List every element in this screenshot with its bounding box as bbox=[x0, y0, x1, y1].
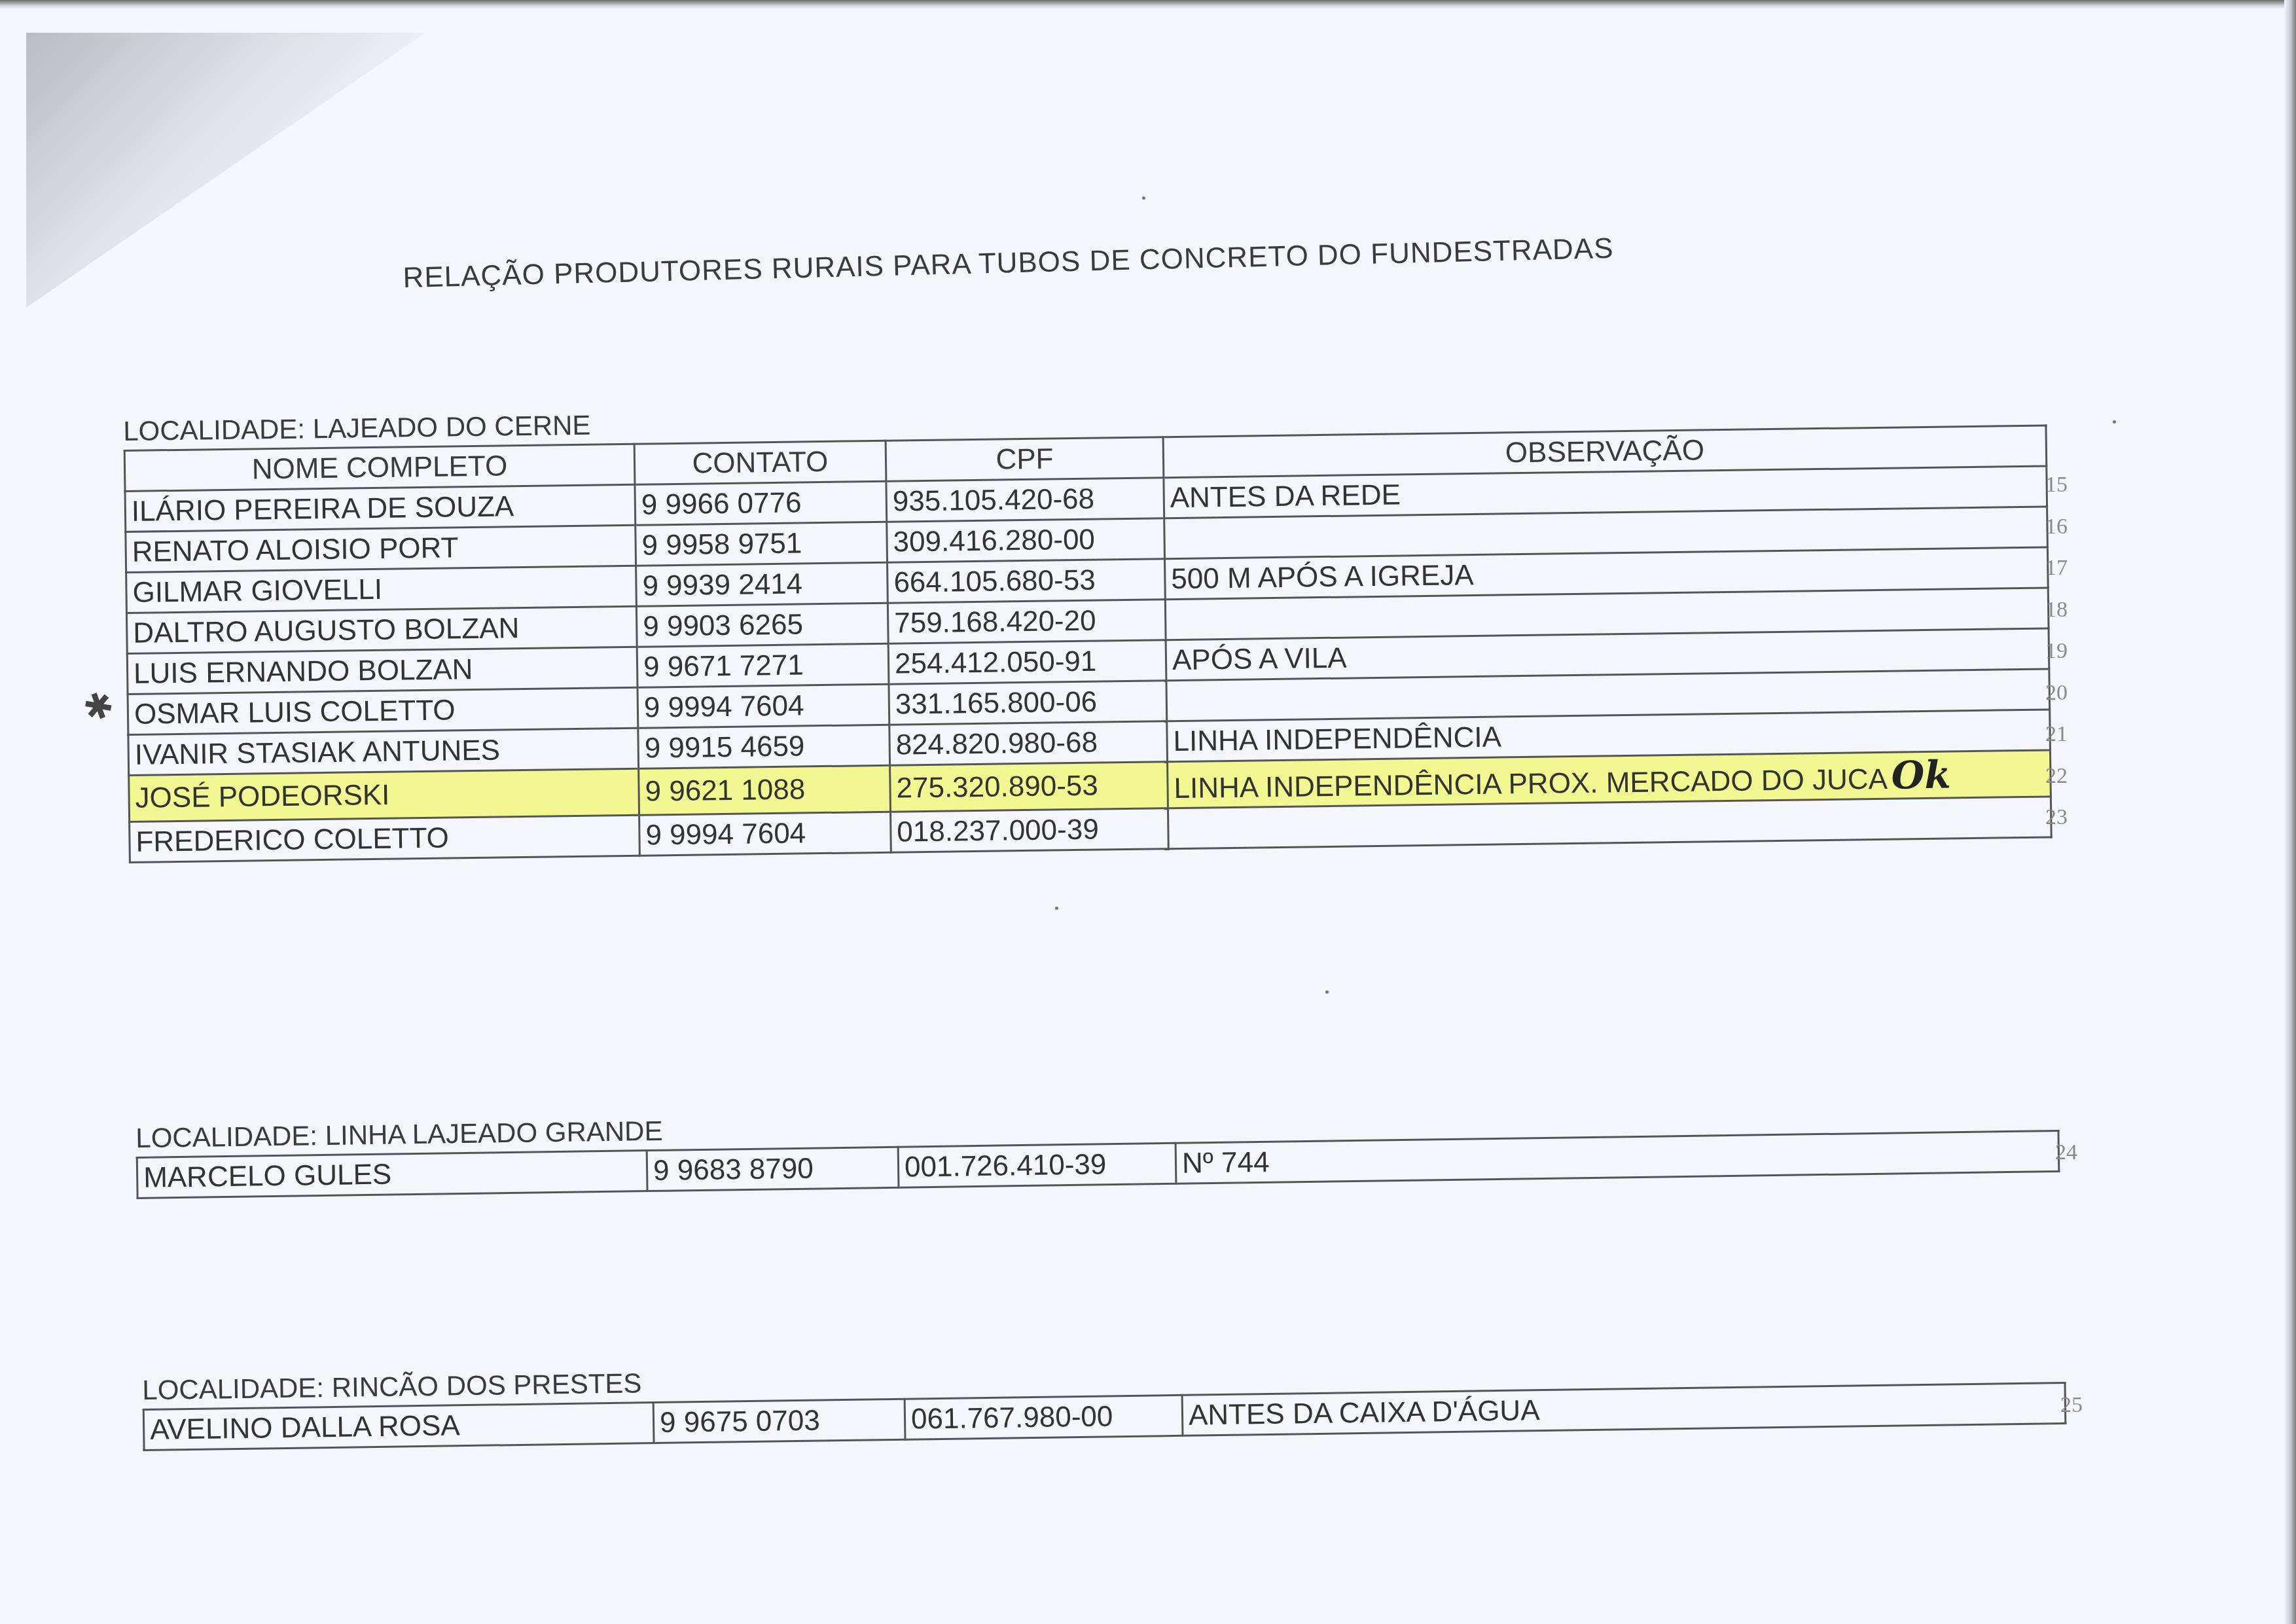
cell-contato: 9 9994 7604 bbox=[637, 684, 889, 728]
cell-cpf: 331.165.800-06 bbox=[889, 681, 1167, 725]
cell-observacao-text: ANTES DA CAIXA D'ÁGUA bbox=[1189, 1394, 1540, 1431]
header-nome: NOME COMPLETO bbox=[124, 444, 635, 491]
scan-speck bbox=[2113, 420, 2116, 424]
scan-speck bbox=[1142, 196, 1145, 200]
cell-nome: FREDERICO COLETTO bbox=[130, 815, 640, 862]
section-lajeado-do-cerne: LOCALIDADE: LAJEADO DO CERNE NOME COMPLE… bbox=[123, 391, 2053, 863]
row-number: 20 bbox=[2045, 681, 2068, 706]
cell-cpf: 275.320.890-53 bbox=[890, 762, 1168, 812]
cell-cpf: 001.726.410-39 bbox=[898, 1143, 1176, 1187]
cell-contato: 9 9966 0776 bbox=[635, 481, 887, 525]
cell-cpf: 309.416.280-00 bbox=[887, 518, 1165, 563]
header-contato: CONTATO bbox=[634, 441, 886, 484]
cell-nome-text: MARCELO GULES bbox=[143, 1158, 392, 1193]
section-rincao-dos-prestes: LOCALIDADE: RINCÃO DOS PRESTES AVELINO D… bbox=[142, 1348, 2066, 1451]
cell-cpf-text: 935.105.420-68 bbox=[892, 482, 1094, 517]
cell-nome: GILMAR GIOVELLI bbox=[126, 566, 637, 613]
cell-cpf-text: 759.168.420-20 bbox=[894, 604, 1096, 639]
cell-contato: 9 9903 6265 bbox=[636, 603, 888, 647]
cell-cpf-text: 254.412.050-91 bbox=[895, 645, 1097, 679]
cell-nome: MARCELO GULES bbox=[137, 1151, 647, 1199]
cell-nome-text: DALTRO AUGUSTO BOLZAN bbox=[133, 612, 520, 649]
cell-cpf-text: 824.820.980-68 bbox=[895, 726, 1098, 761]
cell-observacao-text: 500 M APÓS A IGREJA bbox=[1171, 559, 1474, 595]
cell-observacao-text: ANTES DA REDE bbox=[1170, 478, 1401, 514]
cell-contato: 9 9683 8790 bbox=[647, 1147, 899, 1191]
scan-right-edge bbox=[2284, 0, 2296, 1624]
cell-contato-text: 9 9915 4659 bbox=[644, 730, 804, 764]
cell-cpf: 018.237.000-39 bbox=[891, 808, 1169, 853]
cell-cpf-text: 275.320.890-53 bbox=[896, 770, 1098, 804]
cell-nome: DALTRO AUGUSTO BOLZAN bbox=[126, 606, 637, 653]
cell-nome-text: OSMAR LUIS COLETTO bbox=[134, 694, 456, 730]
row-number: 19 bbox=[2045, 639, 2068, 664]
cell-cpf-text: 018.237.000-39 bbox=[897, 813, 1099, 848]
row-number: 23 bbox=[2045, 805, 2068, 830]
cell-nome-text: GILMAR GIOVELLI bbox=[132, 573, 382, 608]
cell-contato: 9 9939 2414 bbox=[636, 562, 888, 606]
cell-contato-text: 9 9939 2414 bbox=[642, 568, 802, 602]
cell-nome: ILÁRIO PEREIRA DE SOUZA bbox=[125, 484, 636, 532]
row-number: 21 bbox=[2045, 722, 2068, 747]
row-number: 18 bbox=[2045, 598, 2068, 623]
cell-cpf: 935.105.420-68 bbox=[886, 478, 1164, 522]
cell-cpf-text: 331.165.800-06 bbox=[895, 685, 1098, 720]
cell-contato-text: 9 9621 1088 bbox=[645, 773, 805, 807]
cell-nome: RENATO ALOISIO PORT bbox=[126, 525, 636, 572]
cell-nome: JOSÉ PODEORSKI bbox=[129, 768, 639, 821]
cell-cpf: 254.412.050-91 bbox=[888, 640, 1166, 685]
cell-contato: 9 9915 4659 bbox=[638, 725, 890, 768]
handwritten-ok-mark: Ok bbox=[1891, 752, 1951, 797]
cell-cpf: 824.820.980-68 bbox=[889, 721, 1168, 766]
scan-top-edge bbox=[0, 0, 2296, 9]
header-cpf: CPF bbox=[886, 437, 1164, 482]
cell-contato: 9 9621 1088 bbox=[639, 765, 891, 815]
cell-cpf-text: 664.105.680-53 bbox=[893, 564, 1096, 598]
cell-nome: LUIS ERNANDO BOLZAN bbox=[127, 647, 637, 694]
cell-nome-text: AVELINO DALLA ROSA bbox=[150, 1409, 460, 1446]
cell-nome-text: IVANIR STASIAK ANTUNES bbox=[134, 734, 500, 770]
cell-observacao-text: LINHA INDEPENDÊNCIA PROX. MERCADO DO JUC… bbox=[1174, 763, 1888, 804]
cell-nome-text: LUIS ERNANDO BOLZAN bbox=[134, 653, 473, 690]
cell-contato-text: 9 9994 7604 bbox=[645, 817, 806, 851]
cell-contato-text: 9 9683 8790 bbox=[653, 1152, 814, 1186]
cell-cpf-text: 061.767.980-00 bbox=[911, 1400, 1113, 1435]
cell-nome-text: JOSÉ PODEORSKI bbox=[135, 779, 389, 814]
cell-cpf-text: 001.726.410-39 bbox=[905, 1148, 1107, 1183]
cell-nome: IVANIR STASIAK ANTUNES bbox=[128, 728, 639, 775]
cell-observacao-text: LINHA INDEPENDÊNCIA bbox=[1173, 721, 1501, 757]
scan-speck bbox=[1055, 907, 1058, 910]
row-number: 17 bbox=[2045, 556, 2068, 581]
producers-table: NOME COMPLETO CONTATO CPF OBSERVAÇÃO ILÁ… bbox=[124, 425, 2053, 863]
cell-nome-text: RENATO ALOISIO PORT bbox=[132, 532, 458, 568]
section-linha-lajeado-grande: LOCALIDADE: LINHA LAJEADO GRANDE MARCELO… bbox=[135, 1096, 2060, 1199]
cell-contato: 9 9994 7604 bbox=[639, 812, 891, 856]
cell-contato-text: 9 9903 6265 bbox=[643, 608, 803, 642]
cell-observacao-text: Nº 744 bbox=[1182, 1146, 1270, 1179]
cell-contato-text: 9 9994 7604 bbox=[644, 689, 804, 723]
cell-contato-text: 9 9966 0776 bbox=[641, 486, 802, 520]
cell-contato: 9 9675 0703 bbox=[653, 1399, 905, 1443]
cell-cpf: 061.767.980-00 bbox=[905, 1395, 1183, 1439]
cell-contato: 9 9958 9751 bbox=[636, 522, 888, 566]
cell-contato-text: 9 9958 9751 bbox=[641, 527, 802, 561]
row-number: 25 bbox=[2060, 1393, 2083, 1418]
cell-nome-text: FREDERICO COLETTO bbox=[135, 821, 449, 857]
cell-contato-text: 9 9671 7271 bbox=[643, 649, 804, 683]
row-number: 22 bbox=[2045, 764, 2068, 789]
cell-contato-text: 9 9675 0703 bbox=[660, 1404, 820, 1438]
cell-nome: AVELINO DALLA ROSA bbox=[143, 1403, 654, 1451]
scan-speck bbox=[1325, 990, 1329, 994]
folded-corner-shadow bbox=[26, 33, 425, 308]
handwritten-asterisk-icon: ✱ bbox=[78, 682, 120, 731]
cell-nome: OSMAR LUIS COLETTO bbox=[128, 687, 638, 734]
cell-cpf-text: 309.416.280-00 bbox=[893, 523, 1095, 558]
row-number: 15 bbox=[2045, 473, 2068, 497]
cell-cpf: 664.105.680-53 bbox=[888, 559, 1166, 604]
cell-cpf: 759.168.420-20 bbox=[888, 600, 1166, 644]
cell-nome-text: ILÁRIO PEREIRA DE SOUZA bbox=[132, 490, 514, 528]
cell-observacao-text: APÓS A VILA bbox=[1172, 641, 1347, 676]
row-number: 16 bbox=[2045, 514, 2068, 539]
row-number: 24 bbox=[2055, 1140, 2077, 1165]
document-title: RELAÇÃO PRODUTORES RURAIS PARA TUBOS DE … bbox=[403, 232, 1614, 295]
cell-contato: 9 9671 7271 bbox=[637, 643, 889, 687]
